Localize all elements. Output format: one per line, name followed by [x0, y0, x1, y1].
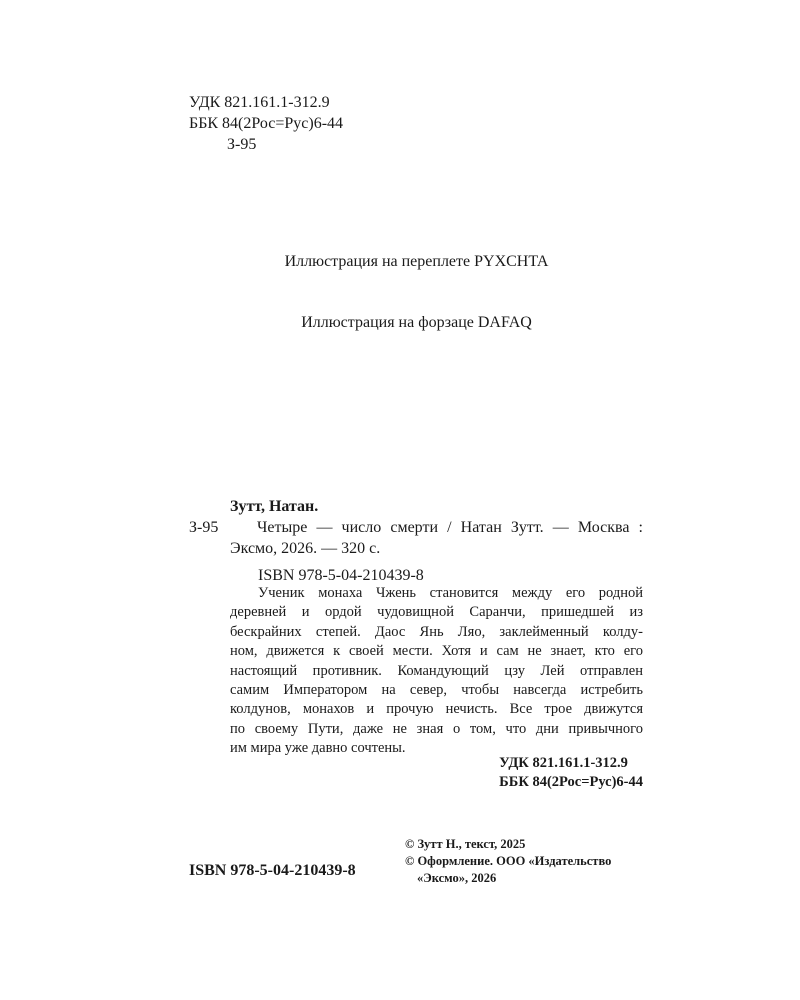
annotation-line: ном, движется к своей мести. Хотя и сам …: [230, 642, 643, 661]
bbk-code: ББК 84(2Рос=Рус)6-44: [499, 773, 643, 792]
copyright-design: © Оформление. ООО «Издательство: [405, 853, 611, 870]
author-sign: З-95: [189, 134, 343, 155]
annotation-line: колдунов, монахов и прочую нечисть. Все …: [230, 700, 643, 719]
author-name: Зутт, Натан.: [189, 496, 643, 517]
isbn: ISBN 978-5-04-210439-8: [189, 565, 643, 586]
classification-codes-bottom: УДК 821.161.1-312.9 ББК 84(2Рос=Рус)6-44: [499, 754, 643, 792]
annotation-line: бескрайних степей. Даос Янь Ляо, заклейм…: [230, 623, 643, 642]
annotation-line: Ученик монаха Чжень становится между его…: [230, 584, 643, 603]
classification-codes-top: УДК 821.161.1-312.9 ББК 84(2Рос=Рус)6-44…: [189, 92, 343, 155]
udk-code: УДК 821.161.1-312.9: [189, 92, 343, 113]
copyright-text: © Зутт Н., текст, 2025: [405, 836, 611, 853]
bbk-code: ББК 84(2Рос=Рус)6-44: [189, 113, 343, 134]
isbn-footer: ISBN 978-5-04-210439-8: [189, 862, 356, 880]
annotation: Ученик монаха Чжень становится между его…: [230, 584, 643, 759]
annotation-line: настоящий противник. Командующий цзу Лей…: [230, 662, 643, 681]
title-row: З-95 Четыре — число смерти / Натан Зутт.…: [189, 517, 643, 538]
bibliographic-record: Зутт, Натан. З-95 Четыре — число смерти …: [189, 496, 643, 586]
udk-code: УДК 821.161.1-312.9: [499, 754, 643, 773]
annotation-line: по своему Пути, даже не зная о том, что …: [230, 720, 643, 739]
author-sign: З-95: [189, 517, 230, 538]
publisher-line: Эксмо, 2026. — 320 с.: [189, 538, 643, 559]
copyright-design-cont: «Эксмо», 2026: [405, 870, 611, 887]
cover-illustration-credit: Иллюстрация на переплете PYXCHTA: [0, 253, 800, 271]
title-line: Четыре — число смерти / Натан Зутт. — Мо…: [230, 517, 643, 538]
copyright-block: © Зутт Н., текст, 2025 © Оформление. ООО…: [405, 836, 611, 887]
annotation-line: самим Императором на север, чтобы навсег…: [230, 681, 643, 700]
annotation-line: деревней и ордой чудовищной Саранчи, при…: [230, 603, 643, 622]
endpaper-illustration-credit: Иллюстрация на форзаце DAFAQ: [0, 314, 800, 332]
